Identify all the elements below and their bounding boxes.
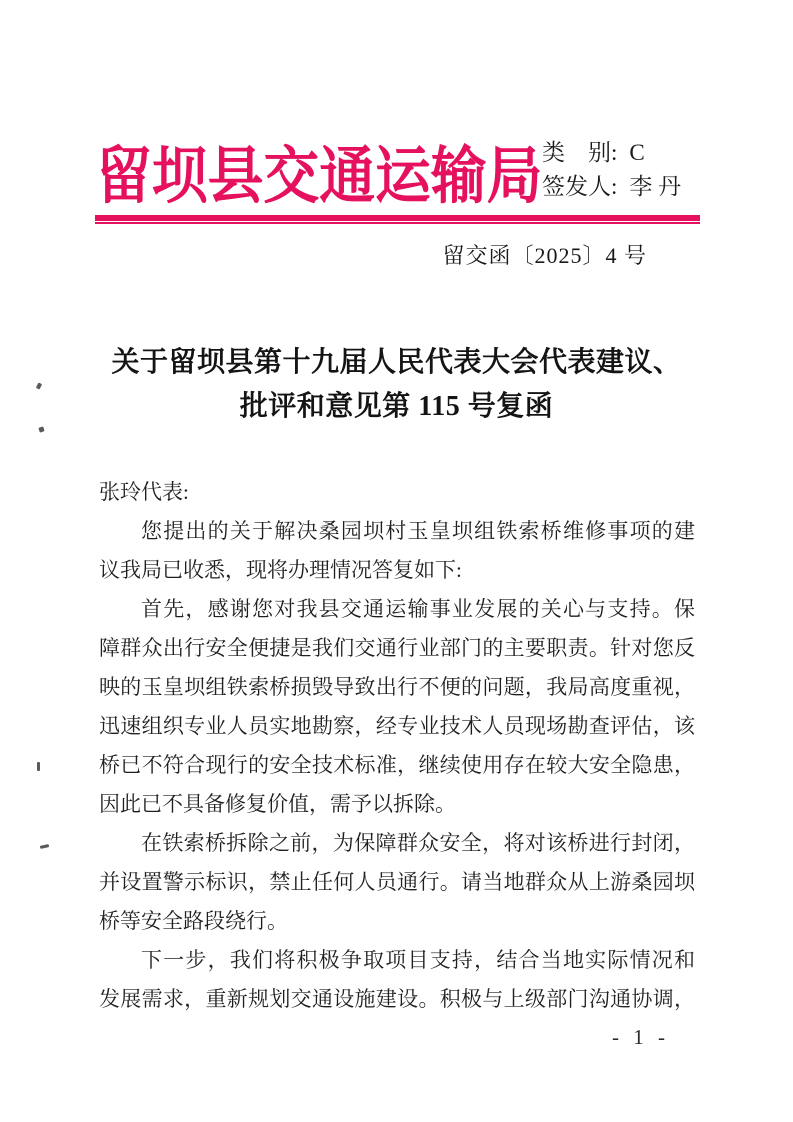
- category-value: C: [629, 140, 644, 165]
- signer-row: 签发人:李 丹: [542, 170, 681, 204]
- signer-label: 签发人:: [542, 174, 617, 199]
- doc-number: 留交函〔2025〕4 号: [95, 239, 647, 270]
- page-number: - 1 -: [612, 1025, 667, 1050]
- body-line: 映的玉皇坝组铁索桥损毁导致出行不便的问题，我局高度重视，: [99, 668, 695, 707]
- body-line: 障群众出行安全便捷是我们交通行业部门的主要职责。针对您反: [99, 629, 695, 668]
- letterhead-rule-thin: [95, 222, 700, 224]
- scan-speck: [40, 844, 49, 849]
- body-line: 张玲代表:: [99, 473, 695, 512]
- letterhead-rule-thick: [95, 215, 700, 221]
- body-line: 发展需求，重新规划交通设施建设。积极与上级部门沟通协调，: [99, 980, 695, 1019]
- letterhead-meta: 类 别:C 签发人:李 丹: [542, 136, 681, 204]
- category-row: 类 别:C: [542, 136, 681, 170]
- body-line: 桥已不符合现行的安全技术标准，继续使用存在较大安全隐患，: [99, 746, 695, 785]
- body-line: 并设置警示标识，禁止任何人员通行。请当地群众从上游桑园坝: [99, 863, 695, 902]
- document-body: 张玲代表:您提出的关于解决桑园坝村玉皇坝组铁索桥维修事项的建议我局已收悉，现将办…: [99, 473, 695, 1019]
- document-title: 关于留坝县第十九届人民代表大会代表建议、 批评和意见第 115 号复函: [90, 341, 703, 429]
- scan-speck: [37, 762, 40, 771]
- scan-speck: [36, 382, 42, 389]
- body-line: 在铁索桥拆除之前，为保障群众安全，将对该桥进行封闭，: [99, 824, 695, 863]
- signer-value: 李 丹: [629, 174, 681, 199]
- body-line: 下一步，我们将积极争取项目支持，结合当地实际情况和: [99, 941, 695, 980]
- body-line: 桥等安全路段绕行。: [99, 902, 695, 941]
- body-line: 您提出的关于解决桑园坝村玉皇坝组铁索桥维修事项的建: [99, 512, 695, 551]
- body-line: 因此已不具备修复价值，需予以拆除。: [99, 785, 695, 824]
- body-line: 首先，感谢您对我县交通运输事业发展的关心与支持。保: [99, 590, 695, 629]
- category-label: 类 别:: [542, 140, 617, 165]
- document-page: 留坝县交通运输局 类 别:C 签发人:李 丹 留交函〔2025〕4 号 关于留坝…: [0, 0, 793, 1122]
- document-title-line1: 关于留坝县第十九届人民代表大会代表建议、: [90, 341, 703, 385]
- body-line: 迅速组织专业人员实地勘察，经专业技术人员现场勘查评估，该: [99, 707, 695, 746]
- document-title-line2: 批评和意见第 115 号复函: [90, 385, 703, 429]
- body-line: 议我局已收悉，现将办理情况答复如下:: [99, 551, 695, 590]
- letterhead-rule: [95, 215, 700, 224]
- agency-name: 留坝县交通运输局: [96, 140, 542, 214]
- scan-speck: [38, 426, 44, 432]
